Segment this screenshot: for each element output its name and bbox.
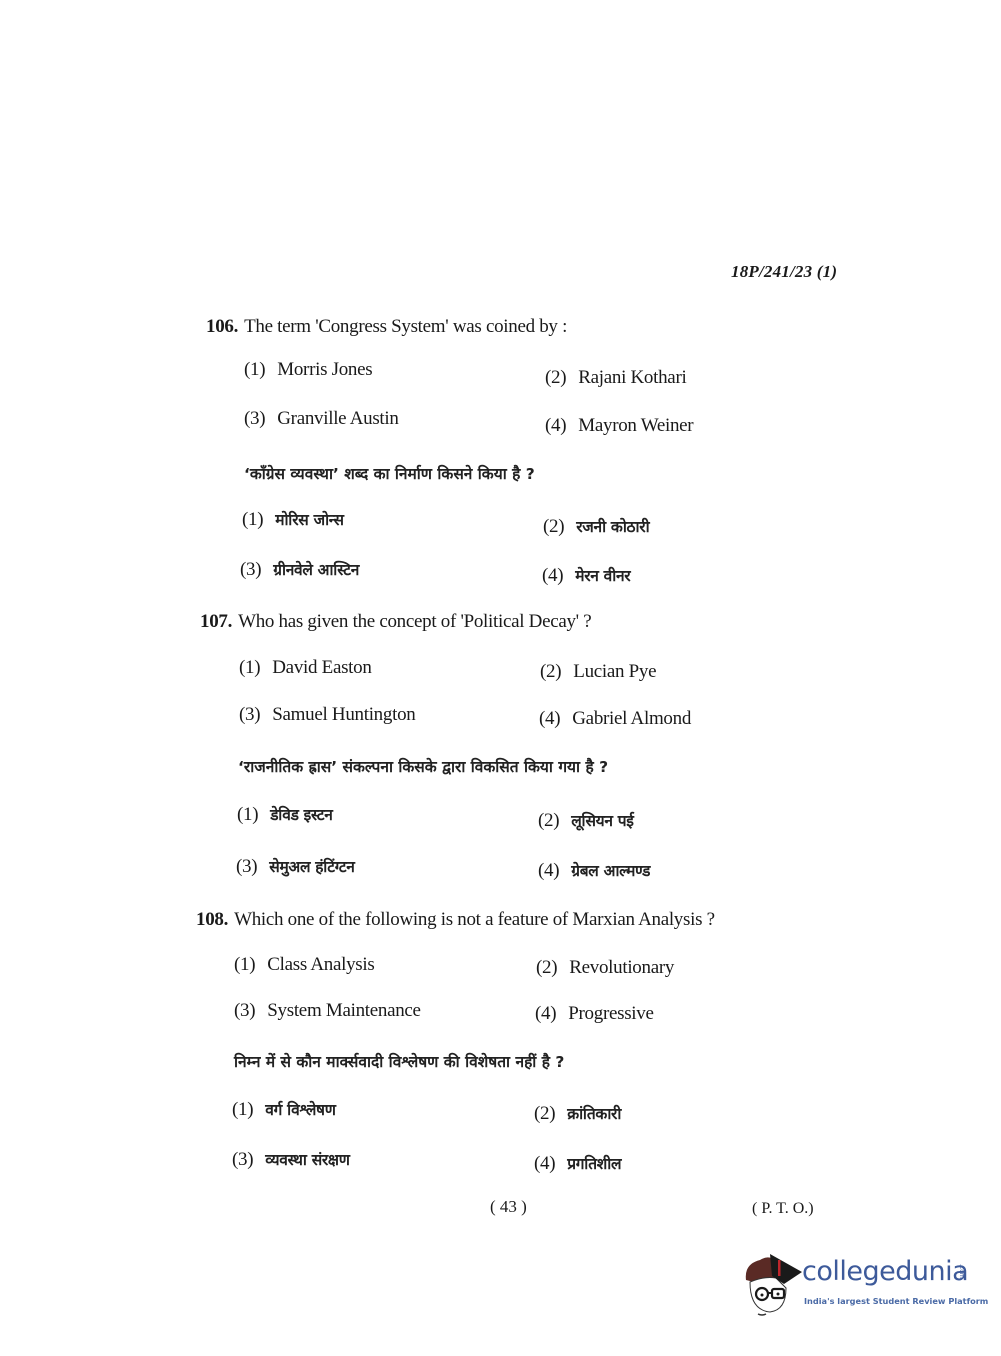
- option-number: (3): [240, 559, 261, 581]
- option-text: मेरन वीनर: [575, 567, 630, 585]
- question-text-en: 107.Who has given the concept of 'Politi…: [200, 611, 591, 633]
- option-text: Granville Austin: [277, 408, 398, 429]
- option-number: (3): [232, 1149, 253, 1171]
- option-en-2: (2)Lucian Pye: [540, 661, 656, 683]
- option-number: (3): [236, 856, 257, 878]
- option-hi-3: (3)ग्रीनवेले आस्टिन: [240, 558, 359, 581]
- option-text: Samuel Huntington: [272, 704, 415, 725]
- collegedunia-watermark: collegedunia .com India's largest Studen…: [740, 1250, 972, 1322]
- option-hi-4: (4)प्रगतिशील: [534, 1152, 621, 1175]
- option-number: (2): [545, 367, 566, 389]
- option-hi-1: (1)मोरिस जोन्स: [242, 508, 344, 531]
- option-number: (4): [545, 415, 566, 437]
- option-hi-3: (3)सेमुअल हंटिंग्टन: [236, 855, 355, 878]
- brand-name: collegedunia: [802, 1256, 968, 1287]
- option-text: डेविड इस्टन: [270, 806, 332, 824]
- option-en-4: (4)Progressive: [535, 1003, 654, 1025]
- option-text: ग्रेबल आल्मण्ड: [571, 862, 650, 880]
- option-hi-2: (2)लूसियन पई: [538, 809, 634, 832]
- question-text-hi: ‘राजनीतिक ह्रास’ संकल्पना किसके द्वारा व…: [238, 755, 608, 777]
- question-text-hi: ‘काँग्रेस व्यवस्था’ शब्द का निर्माण किसन…: [244, 462, 535, 484]
- option-number: (2): [536, 957, 557, 979]
- please-turn-over: ( P. T. O.): [752, 1200, 814, 1218]
- option-number: (4): [542, 565, 563, 587]
- option-number: (4): [539, 708, 560, 730]
- question-text-en: 108.Which one of the following is not a …: [196, 909, 715, 931]
- option-number: (3): [234, 1000, 255, 1022]
- option-text: प्रगतिशील: [567, 1155, 621, 1173]
- option-en-2: (2)Rajani Kothari: [545, 367, 686, 389]
- option-en-4: (4)Mayron Weiner: [545, 415, 693, 437]
- option-number: (1): [232, 1099, 253, 1121]
- option-text: System Maintenance: [267, 1000, 420, 1021]
- option-en-1: (1)Class Analysis: [234, 954, 374, 976]
- option-text: David Easton: [272, 657, 371, 678]
- student-mascot-icon: [740, 1250, 804, 1322]
- option-hi-4: (4)मेरन वीनर: [542, 564, 630, 587]
- option-text: Rajani Kothari: [578, 367, 686, 388]
- option-number: (4): [534, 1153, 555, 1175]
- option-en-2: (2)Revolutionary: [536, 957, 674, 979]
- option-en-3: (3)System Maintenance: [234, 1000, 421, 1022]
- option-text: Progressive: [568, 1003, 653, 1024]
- option-hi-2: (2)रजनी कोठारी: [543, 515, 649, 538]
- option-text: क्रांतिकारी: [567, 1105, 621, 1123]
- question-number: 108.: [196, 909, 228, 930]
- option-hi-1: (1)वर्ग विश्लेषण: [232, 1098, 336, 1121]
- question-number: 107.: [200, 611, 232, 632]
- option-number: (1): [242, 509, 263, 531]
- option-number: (1): [244, 359, 265, 381]
- option-number: (4): [535, 1003, 556, 1025]
- option-number: (3): [239, 704, 260, 726]
- option-text: Revolutionary: [569, 957, 674, 978]
- option-number: (2): [538, 810, 559, 832]
- option-number: (4): [538, 860, 559, 882]
- brand-domain-suffix: .com: [958, 1264, 965, 1279]
- question-text: The term 'Congress System' was coined by…: [244, 316, 567, 337]
- option-hi-4: (4)ग्रेबल आल्मण्ड: [538, 859, 650, 882]
- option-en-1: (1)David Easton: [239, 657, 372, 679]
- question-number: 106.: [206, 316, 238, 337]
- option-number: (3): [244, 408, 265, 430]
- option-hi-2: (2)क्रांतिकारी: [534, 1102, 621, 1125]
- question-text: Which one of the following is not a feat…: [234, 909, 715, 930]
- option-en-1: (1)Morris Jones: [244, 359, 372, 381]
- option-number: (2): [534, 1103, 555, 1125]
- option-hi-1: (1)डेविड इस्टन: [237, 803, 333, 826]
- option-text: Gabriel Almond: [572, 708, 691, 729]
- option-text: वर्ग विश्लेषण: [265, 1101, 335, 1119]
- option-text: रजनी कोठारी: [576, 518, 649, 536]
- option-text: व्यवस्था संरक्षण: [265, 1151, 349, 1169]
- option-hi-3: (3)व्यवस्था संरक्षण: [232, 1148, 350, 1171]
- option-number: (1): [239, 657, 260, 679]
- option-text: मोरिस जोन्स: [275, 511, 343, 529]
- brand-tagline: India's largest Student Review Platform: [804, 1296, 988, 1306]
- option-text: Lucian Pye: [573, 661, 656, 682]
- question-text-hi: निम्न में से कौन मार्क्सवादी विश्लेषण की…: [234, 1050, 564, 1072]
- option-en-3: (3)Granville Austin: [244, 408, 399, 430]
- option-number: (2): [540, 661, 561, 683]
- option-text: सेमुअल हंटिंग्टन: [269, 858, 354, 876]
- option-number: (1): [237, 804, 258, 826]
- option-en-3: (3)Samuel Huntington: [239, 704, 415, 726]
- page-number: ( 43 ): [490, 1197, 527, 1217]
- option-en-4: (4)Gabriel Almond: [539, 708, 691, 730]
- option-text: Class Analysis: [267, 954, 374, 975]
- option-number: (2): [543, 516, 564, 538]
- option-text: Morris Jones: [277, 359, 372, 380]
- question-text: Who has given the concept of 'Political …: [238, 611, 591, 632]
- option-number: (1): [234, 954, 255, 976]
- question-text-en: 106.The term 'Congress System' was coine…: [206, 316, 567, 338]
- option-text: लूसियन पई: [571, 812, 633, 830]
- paper-code: 18P/241/23 (1): [731, 262, 837, 282]
- option-text: ग्रीनवेले आस्टिन: [273, 561, 359, 579]
- option-text: Mayron Weiner: [578, 415, 693, 436]
